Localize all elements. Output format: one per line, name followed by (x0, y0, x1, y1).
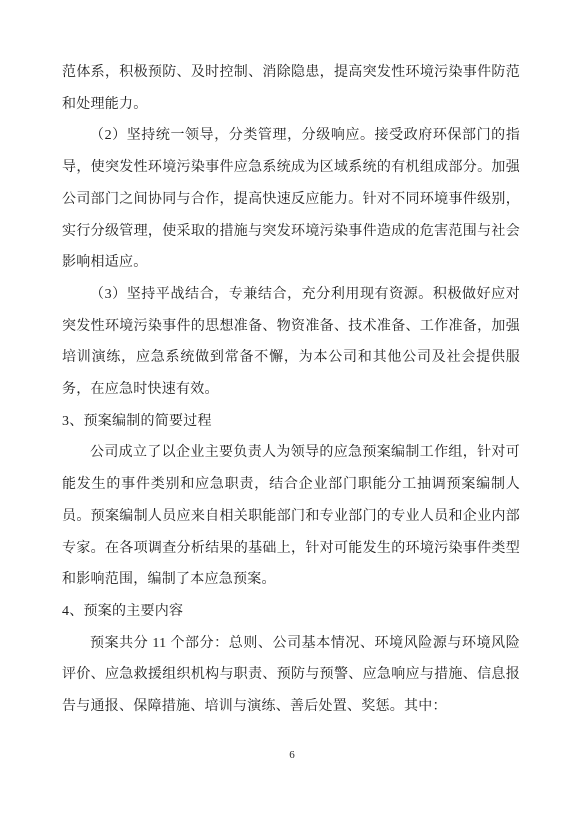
paragraph-compilation-process: 公司成立了以企业主要负责人为领导的应急预案编制工作组，针对可能发生的事件类别和应… (62, 437, 520, 596)
section-heading-4: 4、预案的主要内容 (62, 596, 520, 628)
paragraph-principle-2: （2）坚持统一领导，分类管理，分级响应。接受政府环保部门的指导，使突发性环境污染… (62, 120, 520, 279)
document-page: 范体系，积极预防、及时控制、消除隐患，提高突发性环境污染事件防范和处理能力。 （… (0, 0, 584, 828)
document-body: 范体系，积极预防、及时控制、消除隐患，提高突发性环境污染事件防范和处理能力。 （… (62, 57, 520, 723)
paragraph-continuation: 范体系，积极预防、及时控制、消除隐患，提高突发性环境污染事件防范和处理能力。 (62, 57, 520, 120)
paragraph-principle-3: （3）坚持平战结合，专兼结合，充分利用现有资源。积极做好应对突发性环境污染事件的… (62, 279, 520, 406)
section-heading-3: 3、预案编制的简要过程 (62, 406, 520, 438)
page-number: 6 (0, 748, 584, 762)
paragraph-plan-contents: 预案共分 11 个部分：总则、公司基本情况、环境风险源与环境风险评价、应急救援组… (62, 628, 520, 723)
